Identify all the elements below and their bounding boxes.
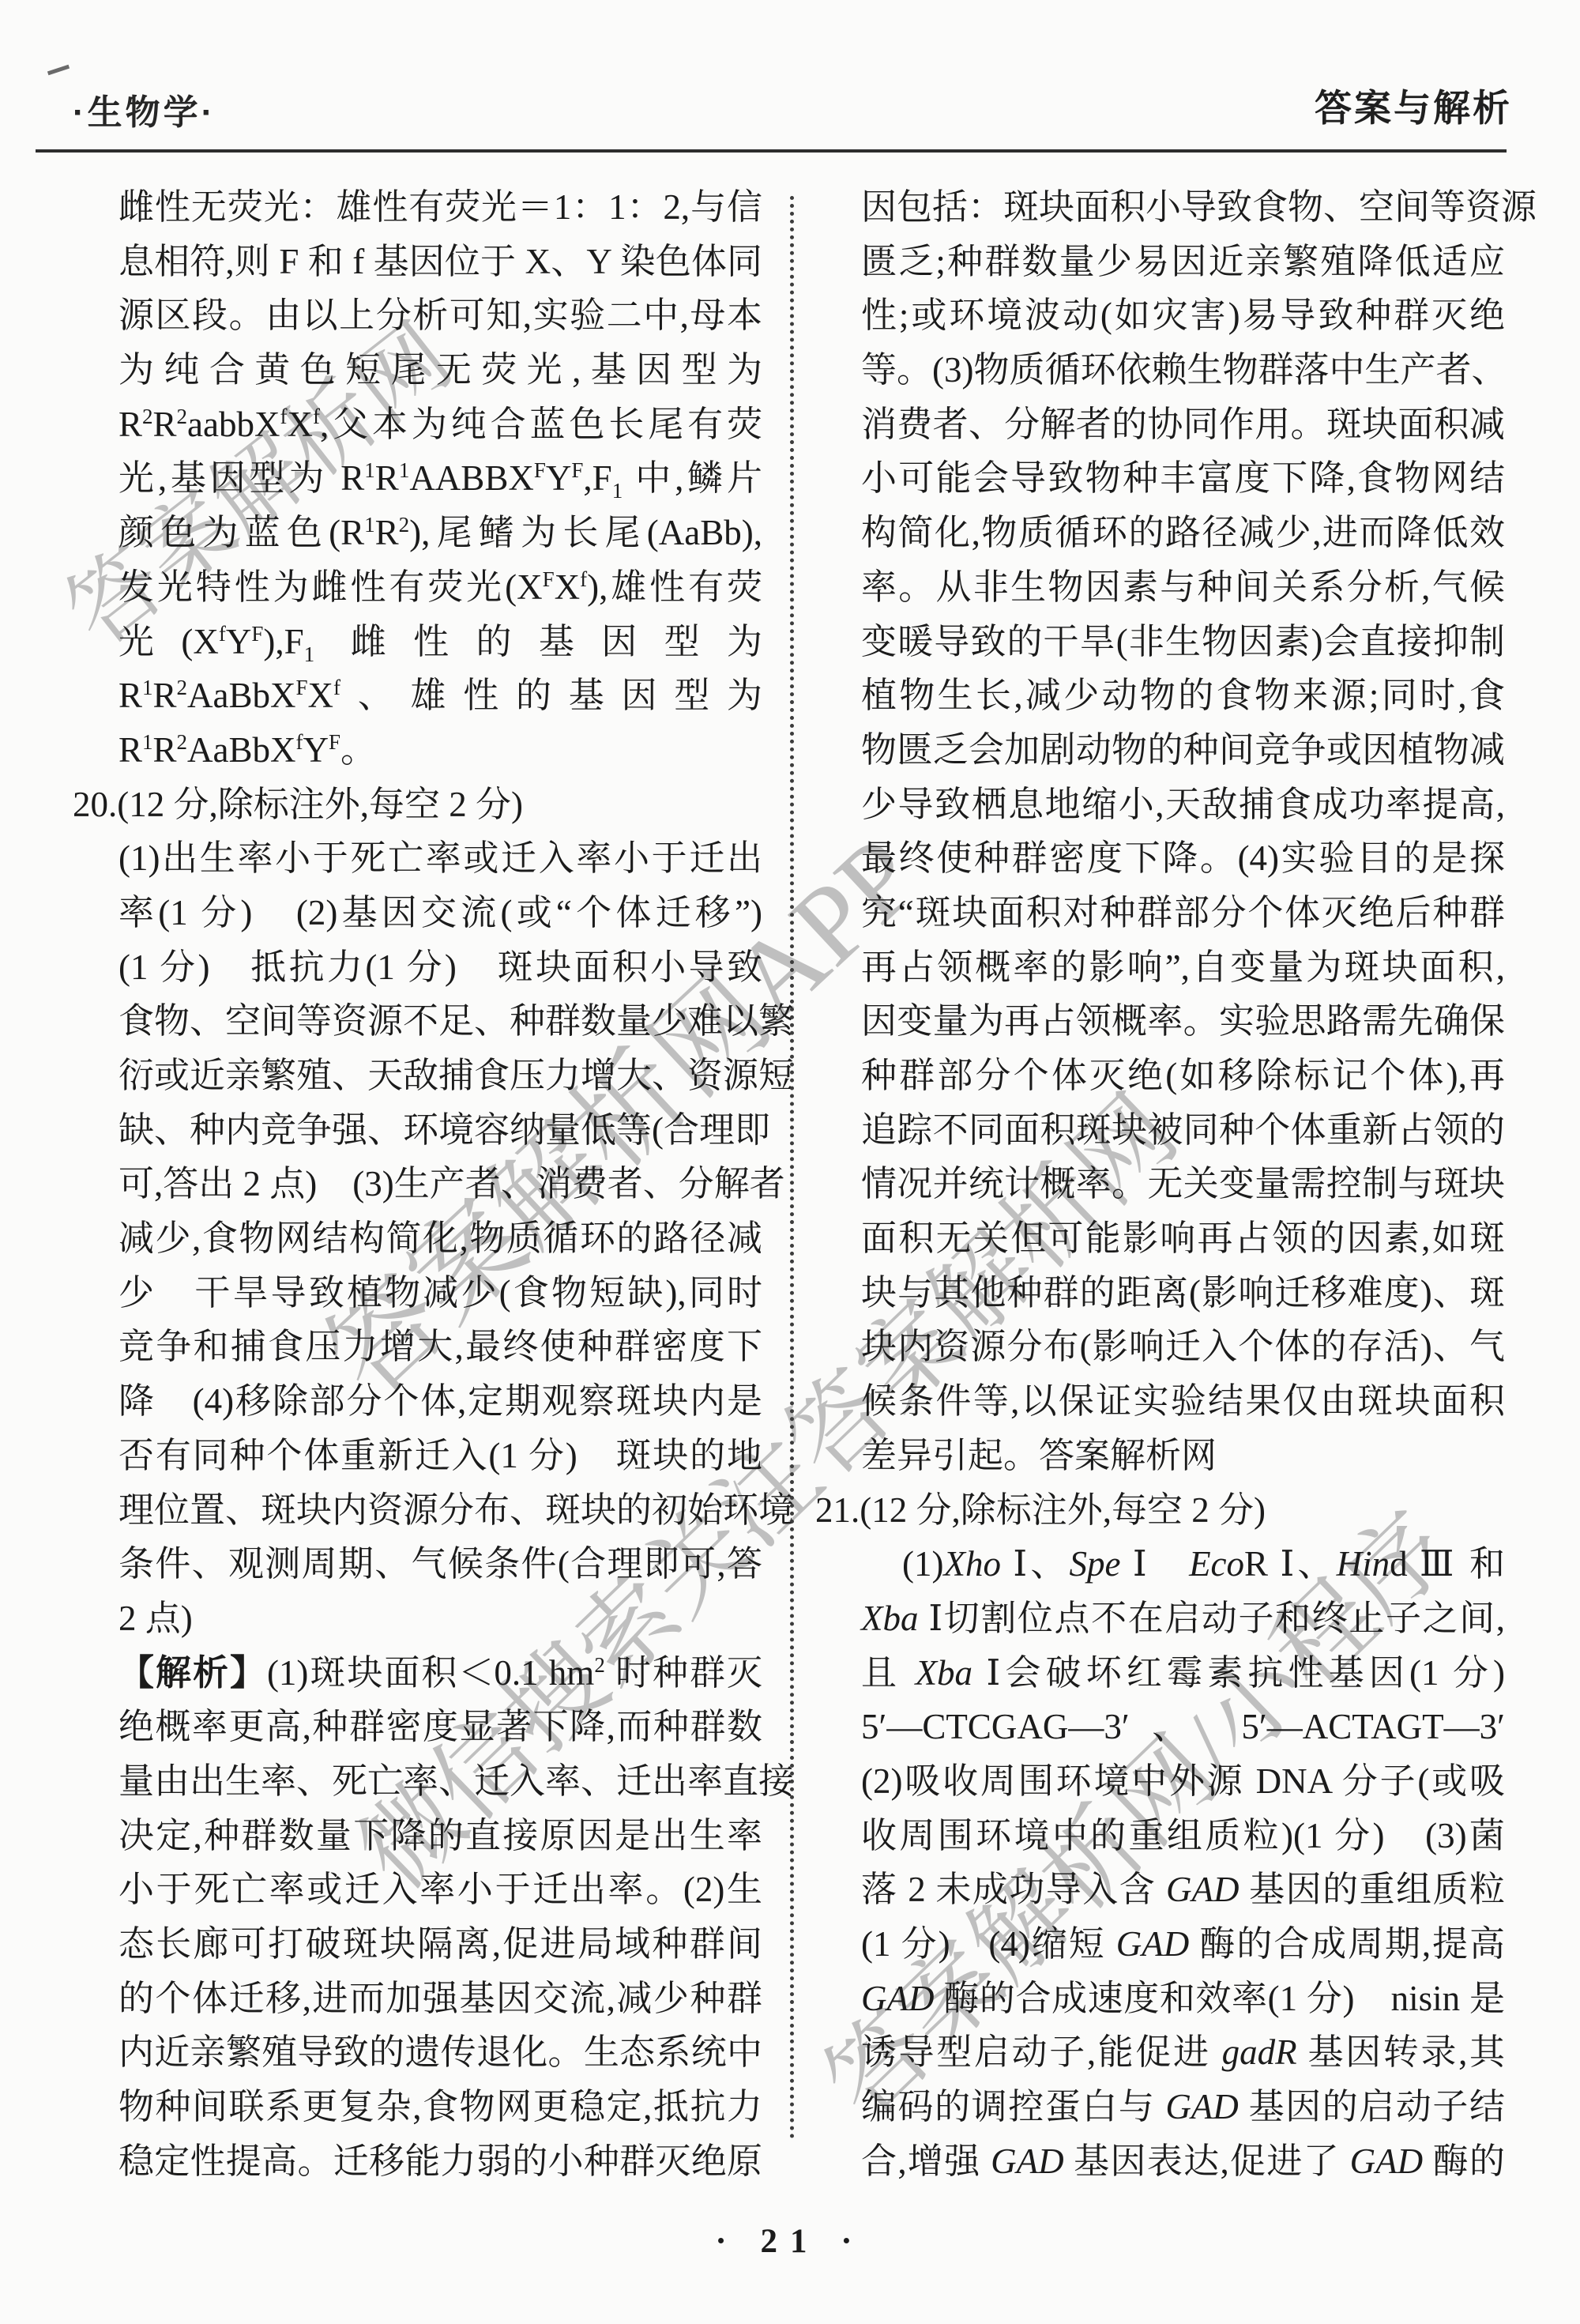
text-line: 21.(12 分,除标注外,每空 2 分): [815, 1483, 1505, 1538]
text-line: 的个体迁移,进而加强基因交流,减少种群: [118, 1972, 762, 2026]
right-column: 因包括：斑块面积小导致食物、空间等资源匮乏;种群数量少易因近亲繁殖降低适应性;或…: [861, 180, 1505, 2188]
text-line: 块与其他种群的距离(影响迁移难度)、斑: [861, 1266, 1505, 1320]
text-line: R2R2aabbXfXf,父本为纯合蓝色长尾有荧: [118, 397, 762, 452]
text-line: R1R2AaBbXFXf、雄性的基因型为: [118, 669, 762, 723]
text-line: 追踪不同面积斑块被同种个体重新占领的: [861, 1103, 1505, 1158]
text-line: 为纯合黄色短尾无荧光,基因型为: [118, 343, 762, 397]
text-line: 2 点): [118, 1591, 762, 1646]
header-section-title: 答案与解析: [1315, 79, 1512, 132]
text-line: (1)出生率小于死亡率或迁入率小于迁出: [118, 831, 762, 886]
text-line: 可,答出 2 点) (3)生产者、消费者、分解者: [118, 1157, 762, 1211]
text-line: 且 Xba Ⅰ会破坏红霉素抗性基因(1 分): [861, 1646, 1505, 1701]
text-line: 息相符,则 F 和 f 基因位于 X、Y 染色体同: [118, 235, 762, 289]
header-subject-label: ·生物学·: [73, 84, 216, 134]
text-line: 等。(3)物质循环依赖生物群落中生产者、: [861, 343, 1505, 397]
text-line: 种群部分个体灭绝(如移除标记个体),再: [861, 1049, 1505, 1103]
text-line: 性;或环境波动(如灾害)易导致种群灭绝: [861, 288, 1505, 343]
text-line: 源区段。由以上分析可知,实验二中,母本: [118, 288, 762, 343]
text-line: 率。从非生物因素与种间关系分析,气候: [861, 560, 1505, 615]
text-line: 植物生长,减少动物的食物来源;同时,食: [861, 669, 1505, 723]
text-line: 竞争和捕食压力增大,最终使种群密度下: [118, 1320, 762, 1374]
text-line: 理位置、斑块内资源分布、斑块的初始环境: [118, 1483, 762, 1538]
text-line: 20.(12 分,除标注外,每空 2 分): [73, 778, 762, 832]
text-line: 光(XfYF),F1 雌性的基因型为: [118, 615, 762, 669]
text-line: (1 分) (4)缩短 GAD 酶的合成周期,提高: [861, 1917, 1505, 1972]
text-line: 变暖导致的干旱(非生物因素)会直接抑制: [861, 615, 1505, 669]
page-number: · 21 ·: [0, 2222, 1580, 2261]
text-line: 量由出生率、死亡率、迁入率、迁出率直接: [118, 1754, 762, 1809]
text-line: 缺、种内竞争强、环境容纳量低等(合理即: [118, 1103, 762, 1158]
text-line: 消费者、分解者的协同作用。斑块面积减: [861, 397, 1505, 452]
text-line: 雌性无荧光：雄性有荧光＝1：1：2,与信: [118, 180, 762, 235]
text-line: 降 (4)移除部分个体,定期观察斑块内是: [118, 1374, 762, 1429]
text-line: 少 干旱导致植物减少(食物短缺),同时: [118, 1266, 762, 1320]
header-divider-rule: [36, 149, 1507, 153]
text-line: Xba Ⅰ切割位点不在启动子和终止子之间,: [861, 1591, 1505, 1646]
text-line: 稳定性提高。迁移能力弱的小种群灭绝原: [118, 2134, 762, 2189]
text-line: 差异引起。答案解析网: [861, 1429, 1505, 1483]
text-line: 究“斑块面积对种群部分个体灭绝后种群: [861, 886, 1505, 940]
text-line: (1)Xho Ⅰ、Spe Ⅰ EcoR Ⅰ、Hind Ⅲ 和: [902, 1537, 1505, 1591]
text-line: 5′—CTCGAG—3′、 5′—ACTAGT—3′: [861, 1700, 1505, 1754]
page: ·生物学· 答案与解析 答案解析网答案解析网APP微信搜索关注答案解析网答案解析…: [0, 0, 1580, 2324]
text-line: 小可能会导致物种丰富度下降,食物网结: [861, 451, 1505, 506]
column-divider: [790, 196, 794, 2140]
text-line: GAD 酶的合成速度和效率(1 分) nisin 是: [861, 1972, 1505, 2026]
text-line: 决定,种群数量下降的直接原因是出生率: [118, 1809, 762, 1863]
text-line: 内近亲繁殖导致的遗传退化。生态系统中: [118, 2025, 762, 2080]
text-line: 条件、观测周期、气候条件(合理即可,答: [118, 1537, 762, 1591]
text-line: 构简化,物质循环的路径减少,进而降低效: [861, 506, 1505, 560]
text-line: 最终使种群密度下降。(4)实验目的是探: [861, 831, 1505, 886]
text-line: 候条件等,以保证实验结果仅由斑块面积: [861, 1374, 1505, 1429]
text-line: R1R2AaBbXfYF。: [118, 723, 762, 778]
text-line: 因变量为再占领概率。实验思路需先确保: [861, 994, 1505, 1049]
text-line: 落 2 未成功导入含 GAD 基因的重组质粒: [861, 1863, 1505, 1917]
text-line: 【解析】(1)斑块面积＜0.1 hm2 时种群灭: [118, 1646, 762, 1701]
text-line: 少导致栖息地缩小,天敌捕食成功率提高,: [861, 778, 1505, 832]
text-line: 光,基因型为 R1R1AABBXFYF,F1 中,鳞片: [118, 451, 762, 506]
text-line: 收周围环境中的重组质粒)(1 分) (3)菌: [861, 1809, 1505, 1863]
text-line: 面积无关但可能影响再占领的因素,如斑: [861, 1211, 1505, 1266]
text-line: 编码的调控蛋白与 GAD 基因的启动子结: [861, 2080, 1505, 2134]
text-line: 合,增强 GAD 基因表达,促进了 GAD 酶的: [861, 2134, 1505, 2189]
text-line: 发光特性为雌性有荧光(XFXf),雄性有荧: [118, 560, 762, 615]
text-line: 率(1 分) (2)基因交流(或“个体迁移”): [118, 886, 762, 940]
text-line: 食物、空间等资源不足、种群数量少难以繁: [118, 994, 762, 1049]
text-line: 颜色为蓝色(R1R2),尾鳍为长尾(AaBb),: [118, 506, 762, 560]
text-line: 因包括：斑块面积小导致食物、空间等资源: [861, 180, 1505, 235]
text-line: 诱导型启动子,能促进 gadR 基因转录,其: [861, 2025, 1505, 2080]
text-line: 物匮乏会加剧动物的种间竞争或因植物减: [861, 723, 1505, 778]
text-line: 否有同种个体重新迁入(1 分) 斑块的地: [118, 1429, 762, 1483]
text-line: 情况并统计概率。无关变量需控制与斑块: [861, 1157, 1505, 1211]
text-line: 绝概率更高,种群密度显著下降,而种群数: [118, 1700, 762, 1754]
left-column: 雌性无荧光：雄性有荧光＝1：1：2,与信息相符,则 F 和 f 基因位于 X、Y…: [118, 180, 762, 2188]
text-line: 态长廊可打破斑块隔离,促进局域种群间: [118, 1917, 762, 1972]
scan-artifact: [47, 65, 70, 75]
text-line: 块内资源分布(影响迁入个体的存活)、气: [861, 1320, 1505, 1374]
text-line: (2)吸收周围环境中外源 DNA 分子(或吸: [861, 1754, 1505, 1809]
text-line: 衍或近亲繁殖、天敌捕食压力增大、资源短: [118, 1049, 762, 1103]
text-line: 再占领概率的影响”,自变量为斑块面积,: [861, 940, 1505, 995]
text-line: 小于死亡率或迁入率小于迁出率。(2)生: [118, 1863, 762, 1917]
text-line: 匮乏;种群数量少易因近亲繁殖降低适应: [861, 235, 1505, 289]
text-line: 减少,食物网结构简化,物质循环的路径减: [118, 1211, 762, 1266]
text-line: (1 分) 抵抗力(1 分) 斑块面积小导致: [118, 940, 762, 995]
text-line: 物种间联系更复杂,食物网更稳定,抵抗力: [118, 2080, 762, 2134]
